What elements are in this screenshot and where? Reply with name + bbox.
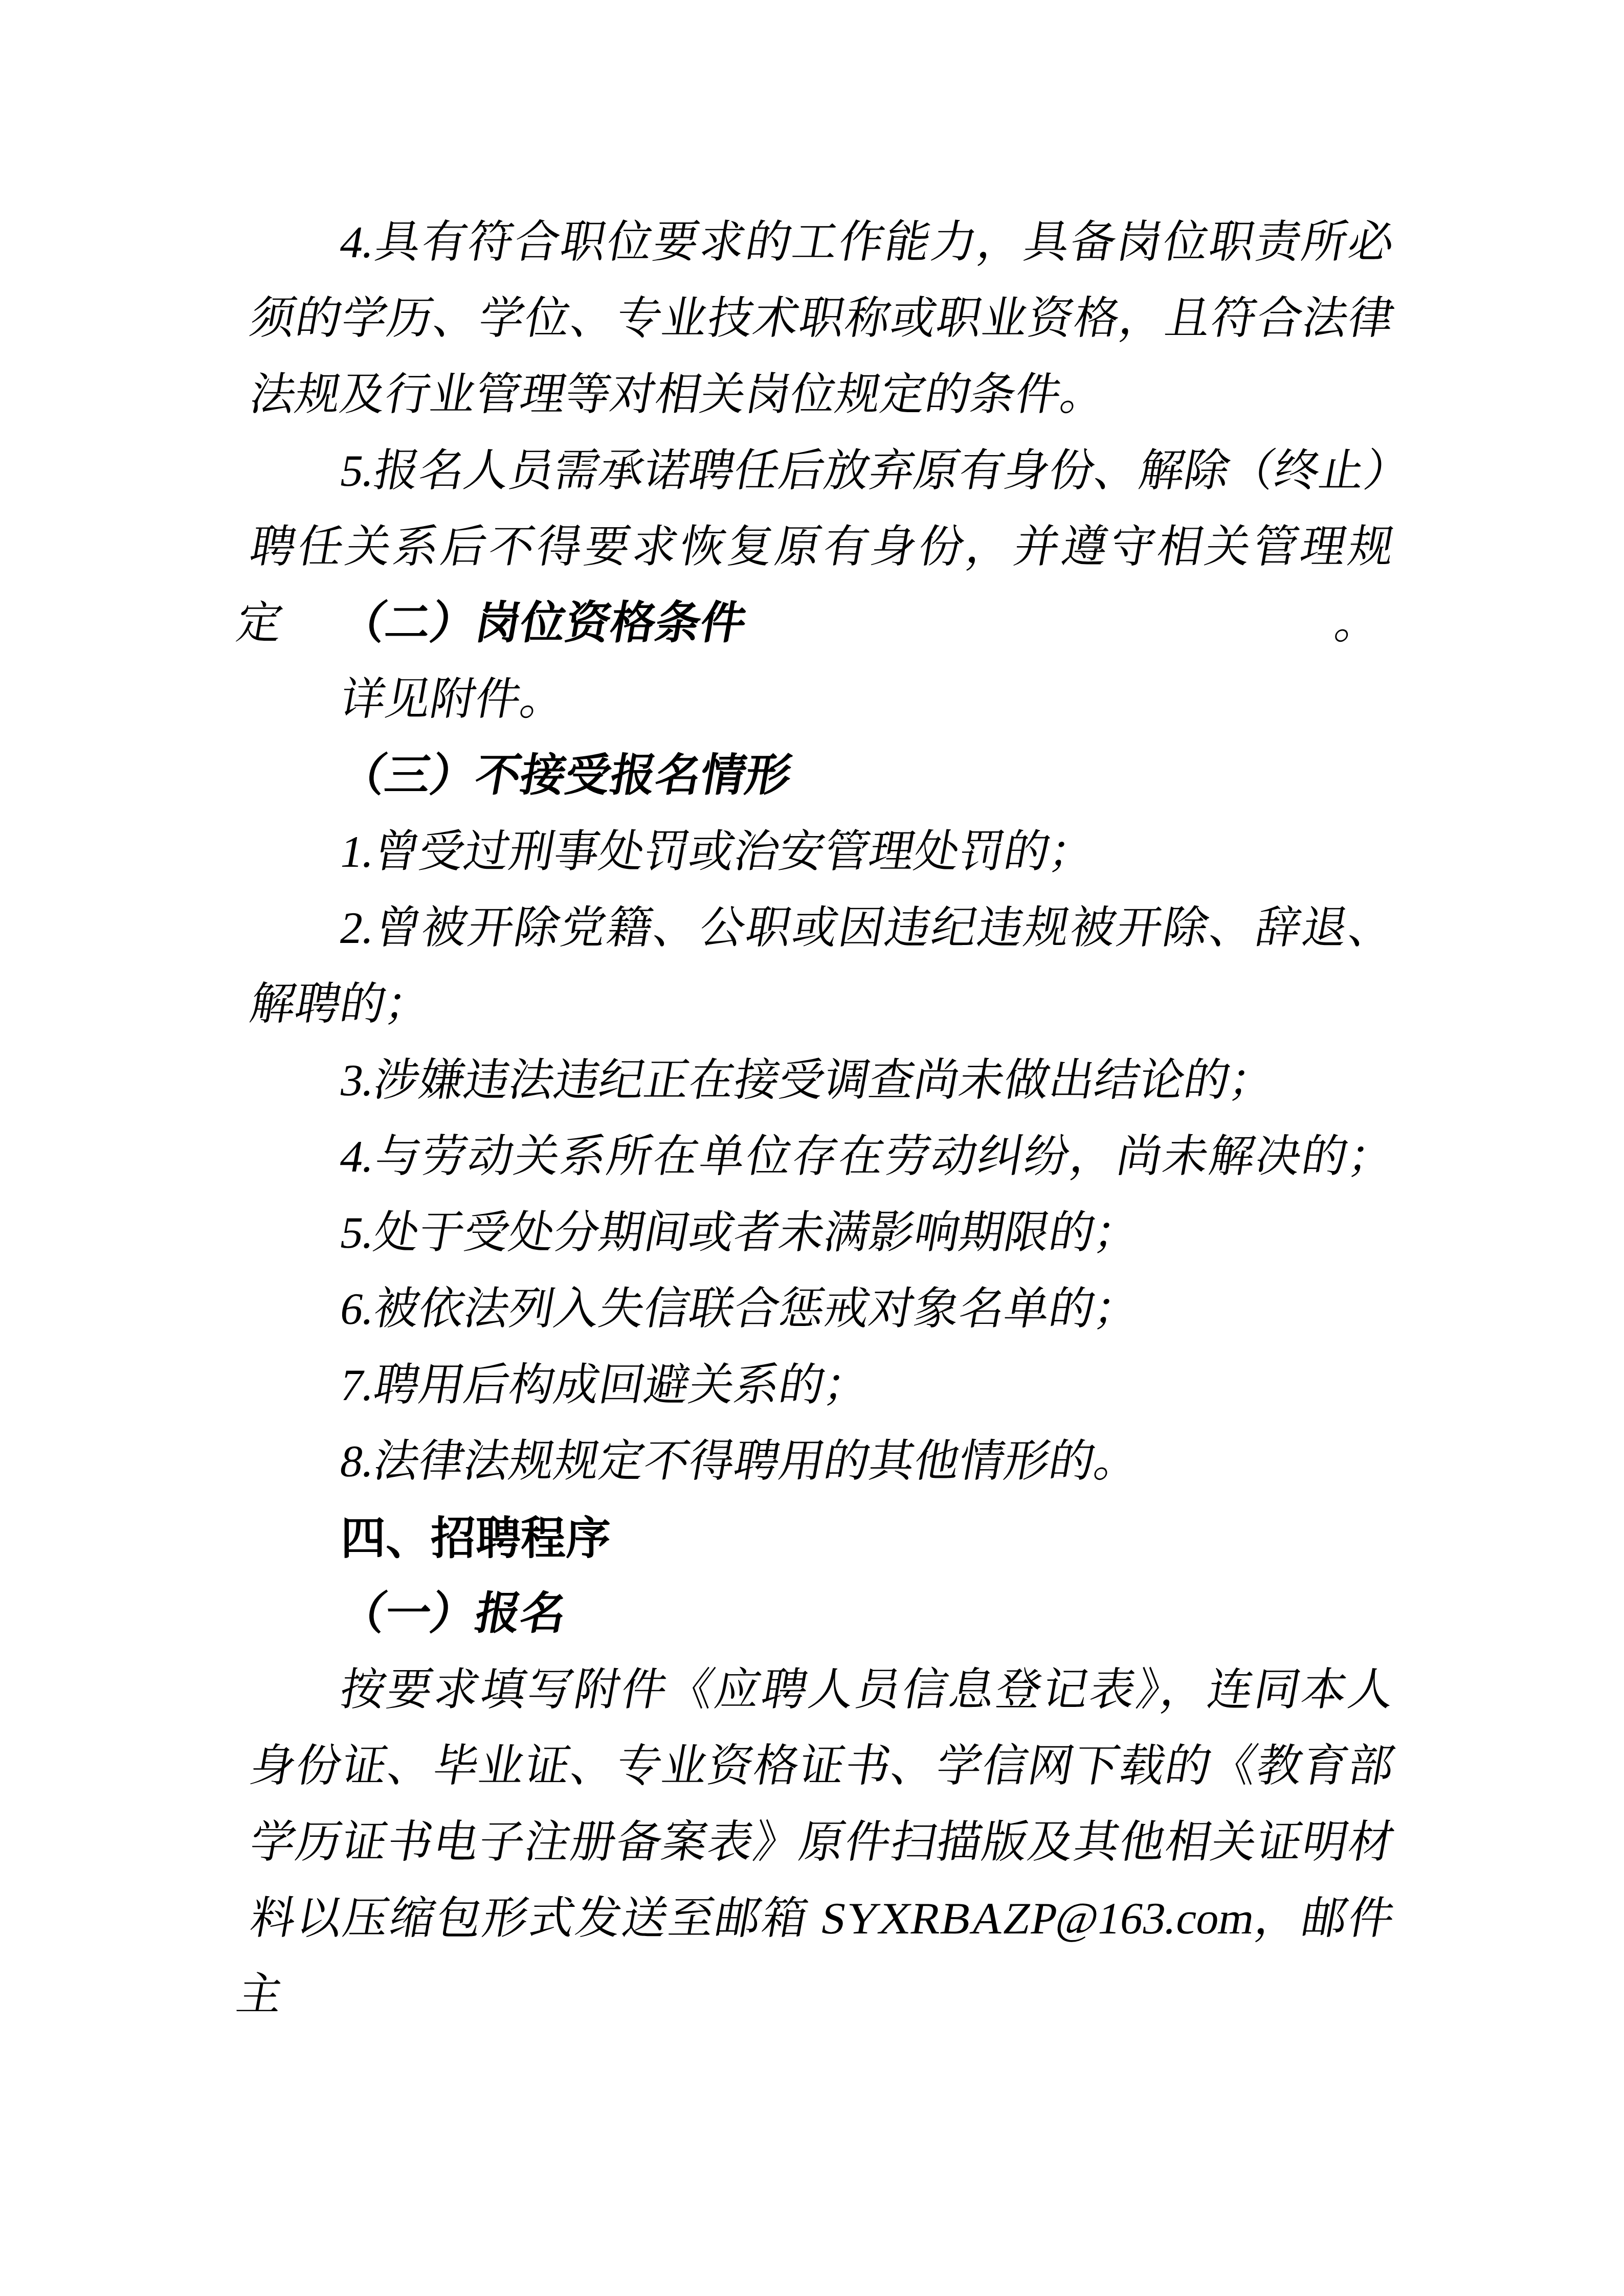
text-line: 料以压缩包形式发送至邮箱 SYXRBAZP@163.com，邮件主 [244, 1881, 1400, 1957]
text-line: 按要求填写附件《应聘人员信息登记表》，连同本人 [244, 1652, 1400, 1728]
sub-heading: （一）报名 [244, 1576, 1400, 1652]
text-line: 须的学历、学位、专业技术职称或职业资格，且符合法律 [244, 281, 1400, 357]
document-lines: 4.具有符合职位要求的工作能力，具备岗位职责所必须的学历、学位、专业技术职称或职… [251, 205, 1394, 1957]
text-line: 7.聘用后构成回避关系的； [244, 1347, 1400, 1424]
text-line: 2.曾被开除党籍、公职或因违纪违规被开除、辞退、 [244, 890, 1400, 966]
text-line: 8.法律法规规定不得聘用的其他情形的。 [244, 1424, 1400, 1500]
text-line: 学历证书电子注册备案表》原件扫描版及其他相关证明材 [244, 1805, 1400, 1881]
text-line: 详见附件。 [244, 662, 1400, 738]
text-line: 6.被依法列入失信联合惩戒对象名单的； [244, 1271, 1400, 1347]
text-line: 4.具有符合职位要求的工作能力，具备岗位职责所必 [244, 205, 1400, 281]
text-line: 1.曾受过刑事处罚或治安管理处罚的； [244, 814, 1400, 890]
section-heading: 四、招聘程序 [251, 1500, 1394, 1576]
text-line: 5.处于受处分期间或者未满影响期限的； [244, 1195, 1400, 1271]
sub-heading: （三）不接受报名情形 [244, 738, 1400, 814]
text-line: 解聘的； [244, 966, 1400, 1043]
text-line: 法规及行业管理等对相关岗位规定的条件。 [244, 357, 1400, 433]
text-line: 5.报名人员需承诺聘任后放弃原有身份、解除（终止） [244, 433, 1400, 509]
document-page: 4.具有符合职位要求的工作能力，具备岗位职责所必须的学历、学位、专业技术职称或职… [0, 0, 1624, 2296]
text-line: 4.与劳动关系所在单位存在劳动纠纷，尚未解决的； [244, 1119, 1400, 1195]
text-line: 身份证、毕业证、专业资格证书、学信网下载的《教育部 [244, 1728, 1400, 1805]
text-line: 3.涉嫌违法违纪正在接受调查尚未做出结论的； [244, 1043, 1400, 1119]
sub-heading: （二）岗位资格条件 [244, 586, 1400, 662]
text-line: 聘任关系后不得要求恢复原有身份，并遵守相关管理规定。 [244, 509, 1400, 586]
